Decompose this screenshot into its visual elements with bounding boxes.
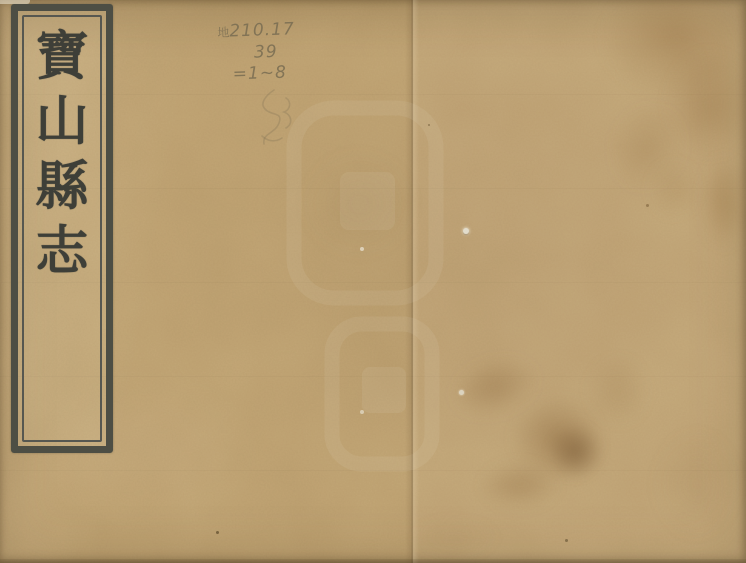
book-cover-scan: 寶 山 縣 志 地210.17 39 =1~8 [0, 0, 746, 563]
call-number-prefix: 地 [217, 26, 229, 40]
book-title-vertical: 寶 山 縣 志 [36, 31, 89, 279]
title-label: 寶 山 縣 志 [11, 4, 113, 453]
pencil-scribble [240, 84, 310, 154]
title-char: 寶 [36, 31, 89, 84]
dark-fleck [216, 531, 219, 534]
call-number-line3: =1~8 [218, 61, 329, 86]
title-char: 志 [36, 226, 89, 279]
call-number-number: 210.17 [229, 19, 295, 41]
title-char: 山 [36, 96, 89, 149]
title-label-inner-border: 寶 山 縣 志 [22, 15, 102, 442]
scan-edge-bottom [0, 559, 746, 563]
scan-edge-highlight [0, 0, 30, 4]
handwritten-call-number: 地210.17 39 =1~8 [217, 18, 329, 86]
right-leaf-tone [413, 0, 746, 563]
title-char: 縣 [36, 161, 89, 214]
